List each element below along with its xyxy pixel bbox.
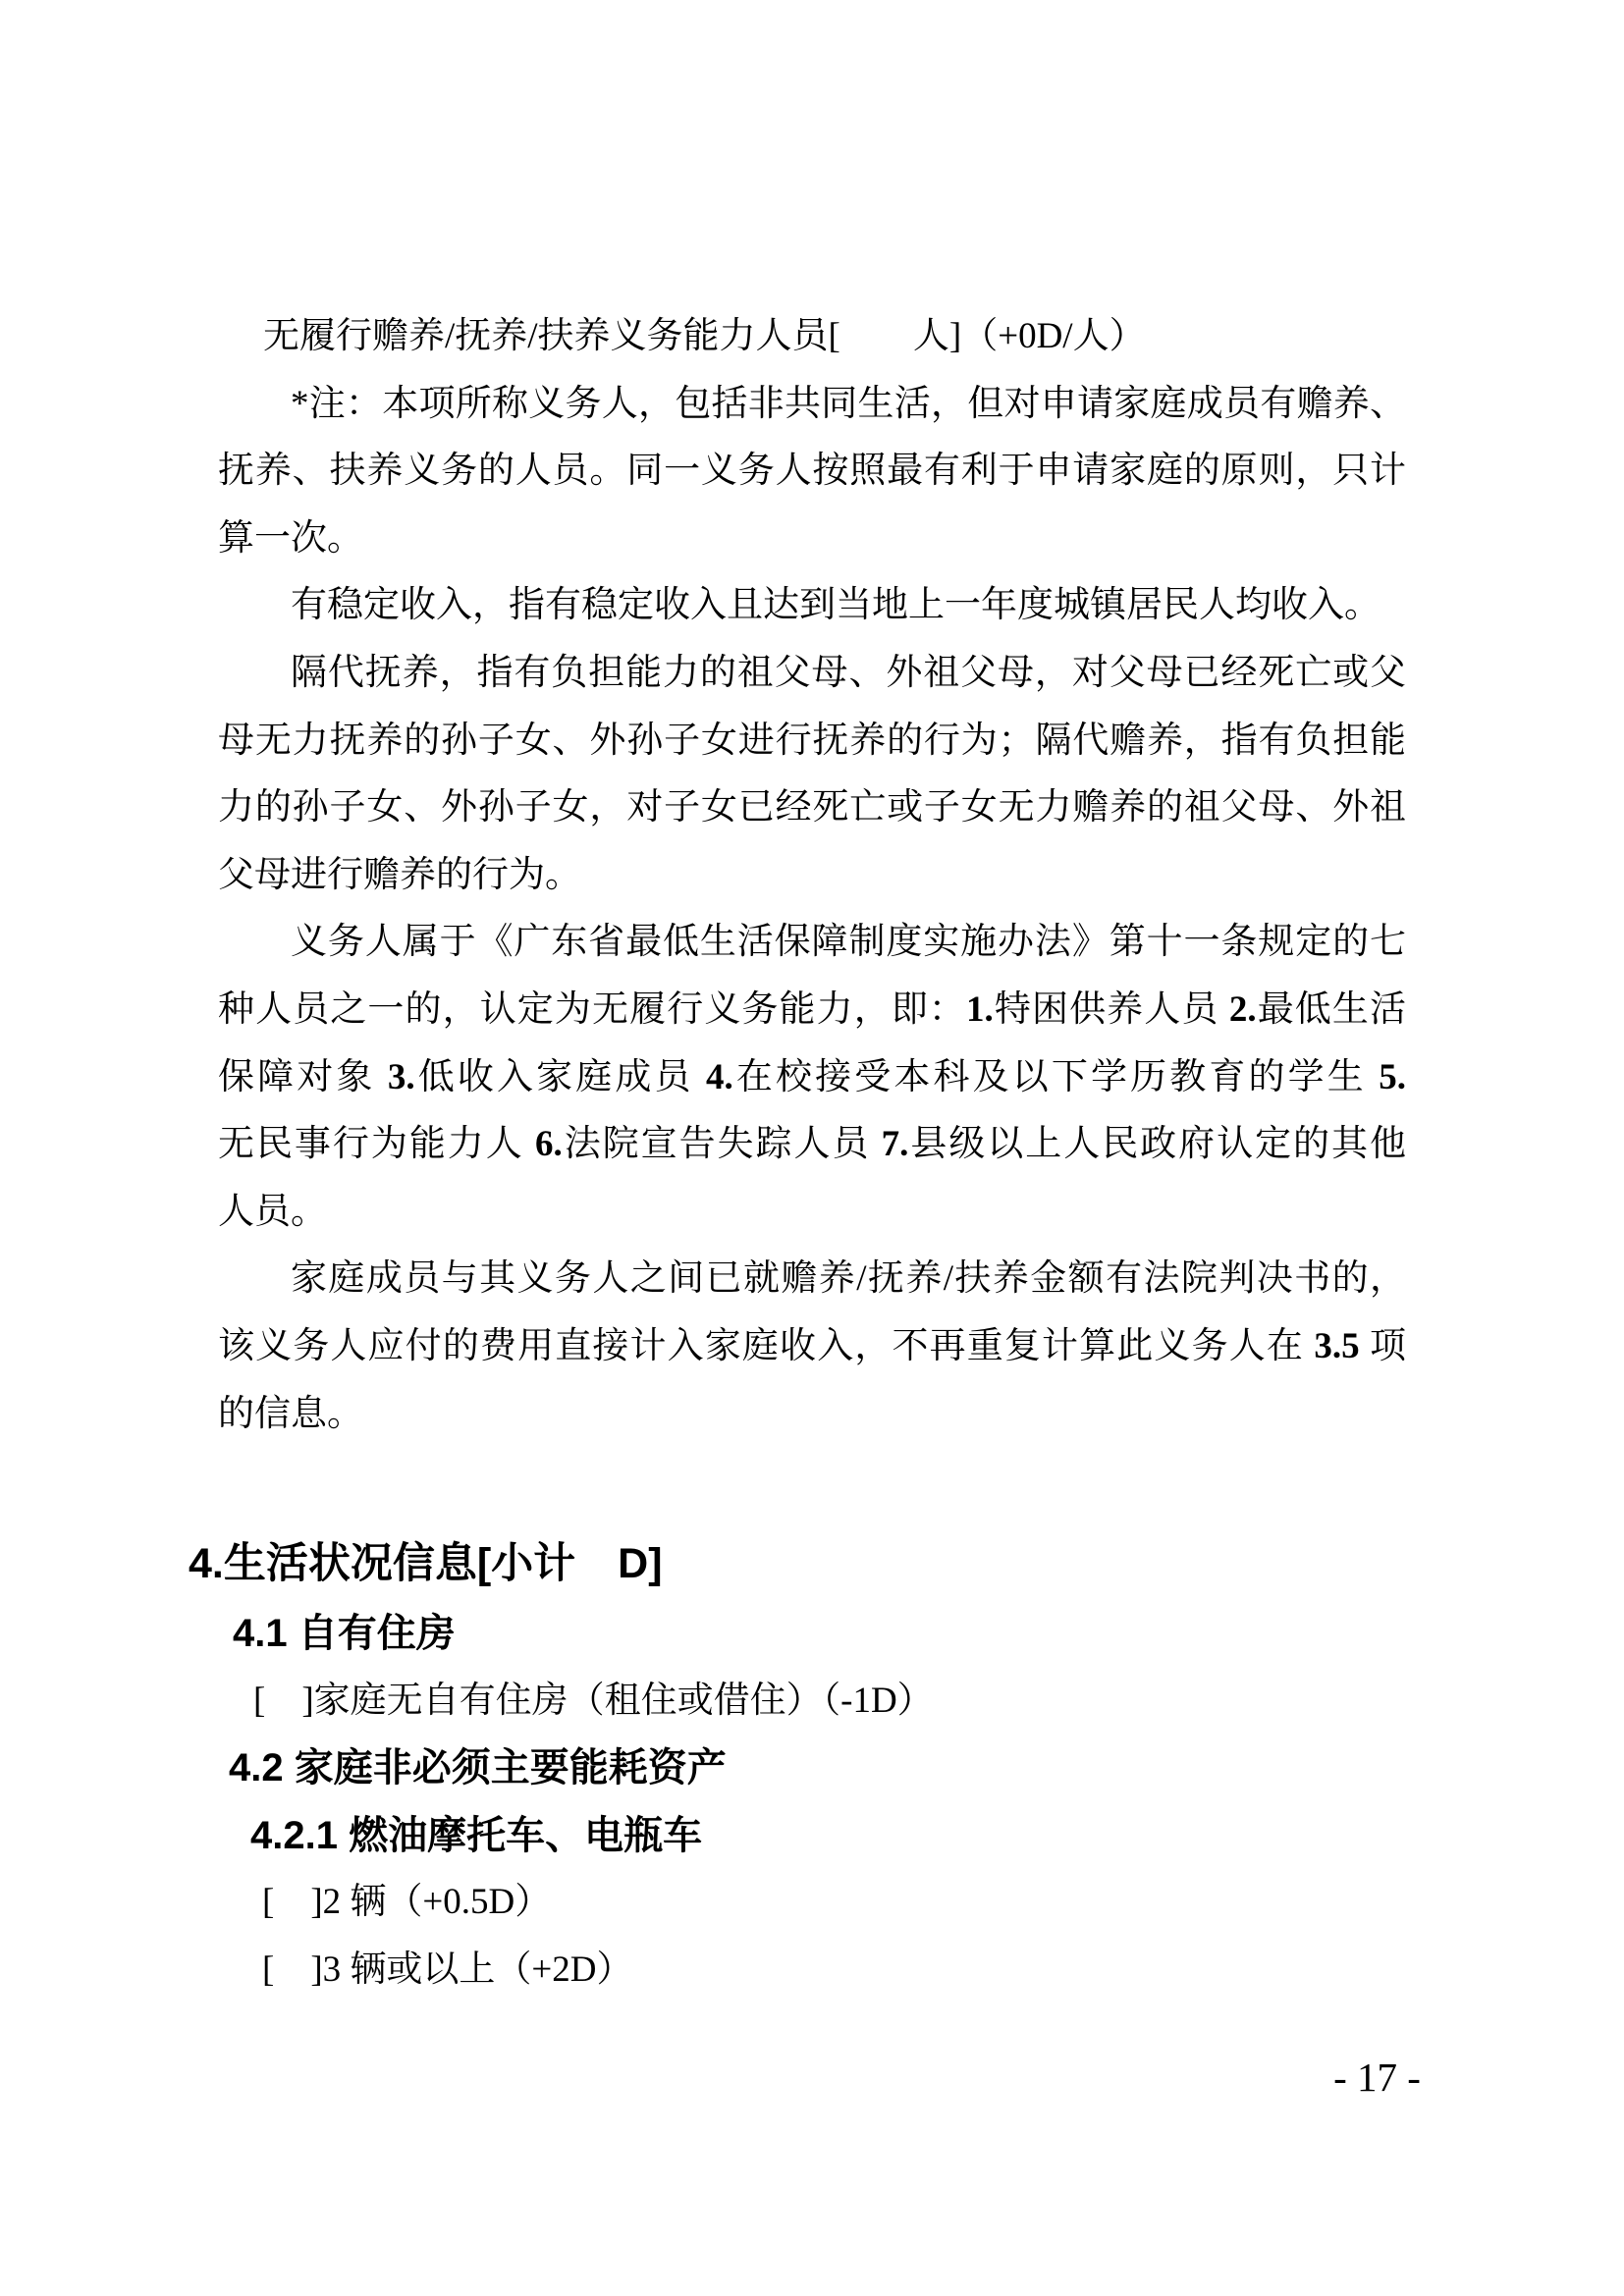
- document-body: 无履行赡养/抚养/扶养义务能力人员[ 人]（+0D/人） *注：本项所称义务人，…: [218, 303, 1406, 2004]
- section-4-2-heading: 4.2 家庭非必须主要能耗资产: [218, 1735, 1406, 1802]
- stable-income-paragraph: 有稳定收入，指有稳定收入且达到当地上一年度城镇居民人均收入。: [218, 572, 1406, 640]
- obligor-categories-paragraph: 义务人属于《广东省最低生活保障制度实施办法》第十一条规定的七种人员之一的，认定为…: [218, 909, 1406, 1246]
- note-paragraph: *注：本项所称义务人，包括非共同生活，但对申请家庭成员有赡养、抚养、扶养义务的人…: [218, 371, 1406, 573]
- text-line: 种人员之一的，认定为无履行义务能力，即：1.特困供养人员 2.最低生活: [218, 977, 1406, 1044]
- page-number: - 17 -: [1306, 2052, 1448, 2103]
- option-3-plus-vehicles: [ ]3 辆或以上（+2D）: [218, 1937, 1406, 2004]
- text-line: 隔代抚养，指有负担能力的祖父母、外祖父母，对父母已经死亡或父: [218, 640, 1406, 708]
- text-line: *注：本项所称义务人，包括非共同生活，但对申请家庭成员有赡养、: [218, 371, 1406, 439]
- text-line: 父母进行赡养的行为。: [218, 842, 1406, 910]
- text-line: 义务人属于《广东省最低生活保障制度实施办法》第十一条规定的七: [218, 909, 1406, 977]
- section-4-heading: 4.生活状况信息[小计 D]: [189, 1528, 1406, 1600]
- text-line: 该义务人应付的费用直接计入家庭收入，不再重复计算此义务人在 3.5 项: [218, 1313, 1406, 1381]
- text-line: 母无力抚养的孙子女、外孙子女进行抚养的行为；隔代赡养，指有负担能: [218, 708, 1406, 775]
- option-2-vehicles: [ ]2 辆（+0.5D）: [218, 1869, 1406, 1937]
- text-line: 人员。: [218, 1179, 1406, 1247]
- court-judgment-paragraph: 家庭成员与其义务人之间已就赡养/抚养/扶养金额有法院判决书的，该义务人应付的费用…: [218, 1246, 1406, 1448]
- text-line: 的信息。: [218, 1381, 1406, 1449]
- document-page: 无履行赡养/抚养/扶养义务能力人员[ 人]（+0D/人） *注：本项所称义务人，…: [0, 0, 1624, 2296]
- text-line: 力的孙子女、外孙子女，对子女已经死亡或子女无力赡养的祖父母、外祖: [218, 774, 1406, 842]
- text-line: 抚养、扶养义务的人员。同一义务人按照最有利于申请家庭的原则，只计: [218, 438, 1406, 506]
- text-line: 无民事行为能力人 6.法院宣告失踪人员 7.县级以上人民政府认定的其他: [218, 1111, 1406, 1179]
- text-line: 算一次。: [218, 506, 1406, 573]
- text-line: 家庭成员与其义务人之间已就赡养/抚养/扶养金额有法院判决书的，: [218, 1246, 1406, 1313]
- text-line: 有稳定收入，指有稳定收入且达到当地上一年度城镇居民人均收入。: [218, 572, 1406, 640]
- section-4-1-heading: 4.1 自有住房: [218, 1600, 1406, 1668]
- option-no-own-housing: [ ]家庭无自有住房（租住或借住）（-1D）: [218, 1668, 1406, 1735]
- generational-support-paragraph: 隔代抚养，指有负担能力的祖父母、外祖父母，对父母已经死亡或父母无力抚养的孙子女、…: [218, 640, 1406, 909]
- unfulfilled-obligation-option-line: 无履行赡养/抚养/扶养义务能力人员[ 人]（+0D/人）: [218, 303, 1406, 371]
- section-4-2-1-heading: 4.2.1 燃油摩托车、电瓶车: [218, 1802, 1406, 1870]
- text-line: 保障对象 3.低收入家庭成员 4.在校接受本科及以下学历教育的学生 5.: [218, 1044, 1406, 1112]
